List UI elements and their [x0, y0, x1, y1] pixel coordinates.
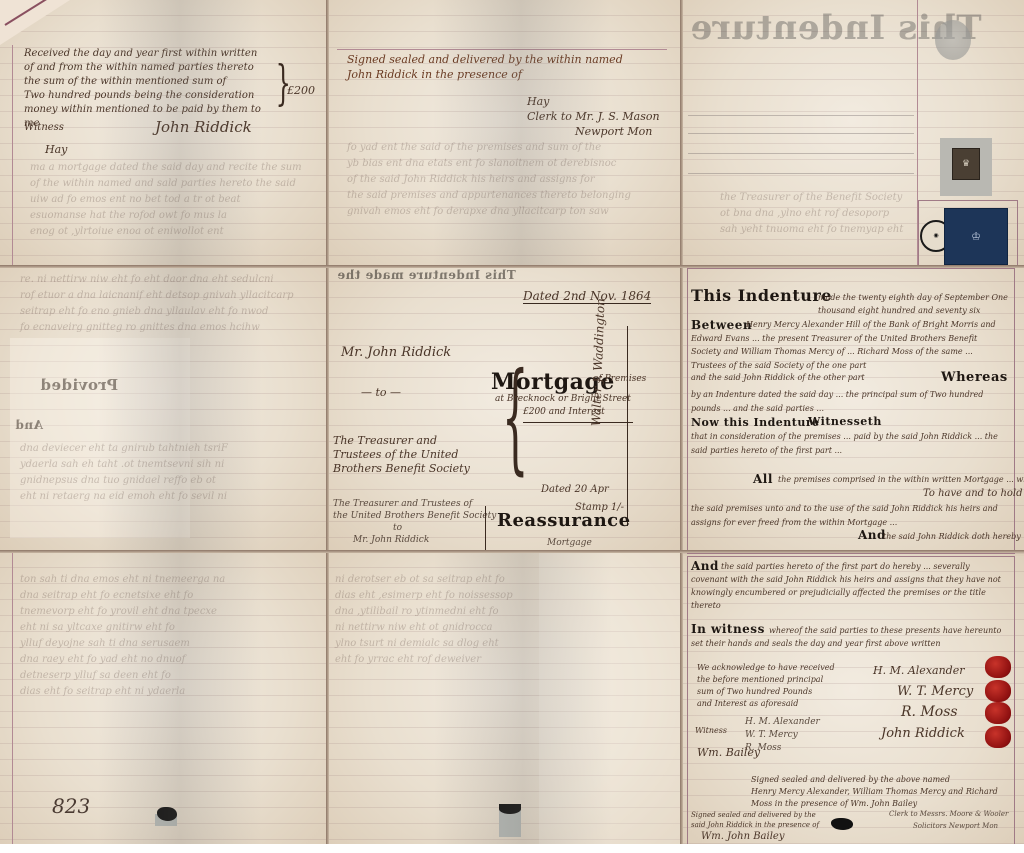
ack-line: We acknowledge to have received — [697, 662, 835, 674]
second-dated: Dated 20 Apr — [541, 484, 609, 495]
scan-margin — [0, 844, 1024, 853]
witness-town: Newport Mon — [575, 125, 652, 138]
panel-back-left: re. ni nettirw niw eht fo eht daor dna e… — [0, 266, 327, 552]
show-through-text: the Treasurer of the Benefit Societyot b… — [720, 190, 903, 238]
paper-hole — [499, 804, 521, 814]
receipt-line: Two hundred pounds being the considerati… — [24, 89, 261, 103]
and-text-2: the said parties hereto of the first par… — [691, 560, 1009, 626]
party-to-line: Brothers Benefit Society — [333, 462, 470, 476]
between-text: Henry Mercy Alexander Hill of the Bank o… — [691, 318, 1009, 372]
fold-line — [0, 550, 1024, 553]
mirrored-header: This Indenture made the — [337, 268, 516, 282]
all-text: the premises comprised in the within wri… — [778, 475, 1024, 484]
dated-field: Dated 2nd Nov. 1864 — [523, 289, 651, 303]
deed-heading: This Indenture — [691, 286, 832, 305]
paper-hole — [831, 818, 853, 830]
rule — [688, 133, 914, 134]
attestation-footer-line: said John Riddick in the presence of — [691, 820, 819, 830]
attestation: Signed sealed and delivered by the above… — [751, 774, 998, 810]
witness-clerk: Clerk to Mr. J. S. Mason — [527, 110, 660, 123]
attestation-footer-line: Clerk to Messrs. Moore & Wooler — [889, 808, 1008, 820]
show-through-text: dna deviecer eht ta gnirub tahtnieh tsri… — [20, 441, 228, 505]
blue-duty-stamp-icon: ♔ — [944, 208, 1008, 265]
ack-line: sum of Two hundred Pounds — [697, 686, 835, 698]
and-text-1: the said John Riddick doth hereby ... — [883, 532, 1024, 541]
receipt-line: the sum of the within mentioned sum of — [24, 75, 261, 89]
crest-icon — [935, 20, 971, 60]
panel-receipt: Received the day and year first within w… — [0, 0, 327, 266]
witness-signature: Hay — [527, 95, 549, 108]
margin-rule — [12, 45, 13, 266]
in-witness-text: whereof the said parties to these presen… — [691, 624, 1009, 652]
attestation-footer-line: Solicitors Newport Mon — [889, 820, 1008, 832]
paper-hole — [157, 807, 177, 821]
signed-line-1: Signed sealed and delivered by the withi… — [347, 53, 623, 66]
wax-seal-icon — [985, 702, 1011, 724]
repair-patch — [155, 814, 177, 826]
all-label: All — [753, 472, 773, 486]
paper-patch — [539, 552, 683, 853]
bracket-line — [485, 506, 486, 552]
witness-signature: Wm. Bailey — [697, 746, 760, 759]
second-party-line: The Treasurer and Trustees of — [333, 498, 496, 510]
attestation-line: Henry Mercy Alexander, William Thomas Me… — [751, 786, 998, 798]
signature-john-riddick: John Riddick — [155, 118, 252, 136]
to-have-label: To have and to hold — [923, 488, 1023, 499]
signatory-right: W. T. Mercy — [897, 684, 973, 699]
receipt-text: Received the day and year first within w… — [24, 47, 261, 131]
second-parties: The Treasurer and Trustees of the United… — [333, 498, 496, 546]
second-party-line: the United Brothers Benefit Society — [333, 510, 496, 522]
whereas-text: by an Indenture dated the said day ... t… — [691, 388, 1009, 416]
show-through-text: ma a mortgage dated the said day and rec… — [30, 160, 302, 240]
scanned-deed: Received the day and year first within w… — [0, 0, 1024, 853]
show-through-text: re. ni nettirw niw eht fo eht daor dna e… — [20, 272, 294, 336]
attestation-footer-left: Signed sealed and delivered by the said … — [691, 810, 819, 830]
signatory-right: John Riddick — [881, 726, 965, 741]
fold-line — [0, 265, 1024, 268]
panel-back-bottom-left: ton sah ti dna emos eht ni tnemeerga nad… — [0, 552, 327, 853]
dated-value: Dated 2nd Nov. 1864 — [523, 289, 651, 304]
whereas-label: Whereas — [941, 370, 1008, 385]
wax-seal-icon — [985, 656, 1011, 678]
mirrored-word: Provided — [40, 376, 118, 394]
subtitle-line: at Brecknock or Bright Street — [495, 394, 631, 404]
signatory-right: H. M. Alexander — [873, 664, 964, 677]
brace: } — [276, 55, 291, 111]
party-from: Mr. John Riddick — [341, 345, 451, 360]
ack-line: the before mentioned principal — [697, 674, 835, 686]
second-party-line: to — [333, 522, 496, 534]
receipt-line: Received the day and year first within w… — [24, 47, 261, 61]
panel-endorsement: This Indenture made the Dated 2nd Nov. 1… — [327, 266, 683, 552]
panel-deed: This Indenture made the twenty eighth da… — [683, 266, 1024, 556]
show-through-text: fo yad ent the said of the premises and … — [347, 140, 631, 220]
attestation-footer-line: Signed sealed and delivered by the — [691, 810, 819, 820]
to-have-text: the said premises unto and to the use of… — [691, 502, 1009, 530]
receipt-line: of and from the within named parties the… — [24, 61, 261, 75]
archive-number: 823 — [52, 794, 90, 818]
receipt-amount: £200 — [287, 84, 315, 97]
repair-patch — [499, 807, 521, 837]
panel-back-bottom-mid: ni derotser eb ot sa seitrap eht fodias … — [327, 552, 683, 853]
wax-seal-icon — [985, 726, 1011, 748]
show-through-text: ni derotser eb ot sa seitrap eht fodias … — [335, 572, 513, 668]
attestation-footer-right: Clerk to Messrs. Moore & Wooler Solicito… — [889, 808, 1008, 832]
embossed-duty-stamp-icon: ♛ — [940, 138, 992, 196]
party-second: and the said John Riddick of the other p… — [691, 373, 865, 382]
receipt-line: money within mentioned to be paid by the… — [24, 103, 261, 117]
second-subtitle: Mortgage — [547, 538, 592, 548]
party-to-line: The Treasurer and — [333, 434, 470, 448]
show-through-text: ton sah ti dna emos eht ni tnemeerga nad… — [20, 572, 225, 700]
signatory-right: R. Moss — [901, 704, 958, 720]
corner-tab — [0, 0, 70, 45]
panel-execution: And the said parties hereto of the first… — [683, 556, 1024, 853]
and-label: And — [858, 528, 886, 542]
ack-line: and Interest as aforesaid — [697, 698, 835, 710]
paper-patch — [10, 338, 190, 538]
signatory: W. T. Mercy — [745, 729, 820, 742]
witnesseth-label: Witnesseth — [808, 415, 882, 428]
attestation-signature: Wm. John Bailey — [701, 831, 784, 842]
now-label: Now this Indenture — [691, 416, 820, 429]
witness-signature: Hay — [45, 143, 67, 156]
wax-seal-icon — [985, 680, 1011, 702]
rule — [688, 173, 914, 174]
fold-line — [680, 0, 683, 853]
party-to: The Treasurer and Trustees of the United… — [333, 434, 470, 476]
bracket-line — [627, 326, 628, 526]
witness-label: Witness — [695, 726, 727, 735]
second-party-line: Mr. John Riddick — [333, 534, 496, 546]
panel-title: This Indenture ♛ ◉ ♔ the Treasurer of th… — [680, 0, 1024, 268]
opening-line: made the twenty eighth day of September … — [818, 291, 1008, 317]
signed-line-2: John Riddick in the presence of — [347, 68, 522, 81]
panel-signed: Signed sealed and delivered by the withi… — [327, 0, 680, 266]
fold-line — [326, 0, 329, 853]
margin-rule — [12, 552, 13, 853]
party-separator: — to — — [361, 386, 401, 399]
mirrored-word: And — [15, 418, 43, 432]
signatory: H. M. Alexander — [745, 716, 820, 729]
witness-label: Witness — [24, 122, 64, 133]
acknowledgement: We acknowledge to have received the befo… — [697, 662, 835, 710]
attestation-line: Signed sealed and delivered by the above… — [751, 774, 998, 786]
rule — [688, 115, 914, 116]
rule — [337, 49, 667, 50]
receipt-line: me — [24, 117, 261, 131]
party-to-line: Trustees of the United — [333, 448, 470, 462]
witnesseth-text: that in consideration of the premises ..… — [691, 430, 1009, 470]
document-title-reassurance: Reassurance — [497, 510, 631, 531]
rule — [688, 153, 914, 154]
rule — [523, 422, 633, 423]
